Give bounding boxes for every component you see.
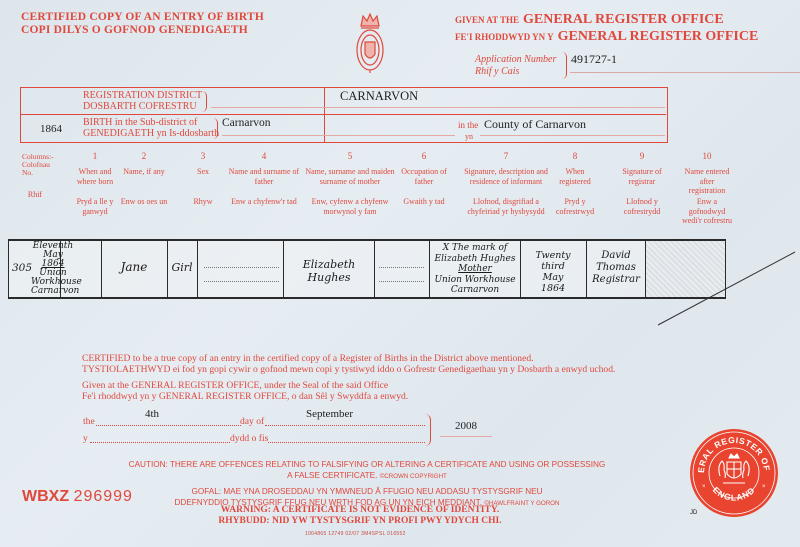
application-label-en: Application Number [475,54,556,66]
entry-informant-mark: X The mark of [429,243,521,254]
cancellation-stroke [640,250,800,330]
column-header-en-2: Name, if any [114,167,174,177]
column-header-cy-10: Enw a gofnodwyd wedi'r cofrestru [681,197,733,226]
county-label-cy: yn [465,131,473,142]
entry-sex: Girl [167,262,197,273]
column-lead-label-cy: Rhif [20,190,50,200]
certified-month: September [306,408,353,420]
entry-registered-year: 1864 [520,283,586,294]
y-label: y [83,433,88,444]
caution-en-line-1: CAUTION: THERE ARE OFFENCES RELATING TO … [112,459,622,470]
entry-registered-day-1: Twenty [520,250,586,261]
registration-label-cy: DOSBARTH COFRESTRU [83,101,202,112]
entry-mother-surname: Hughes [286,271,372,284]
dydd-label: dydd o fis [230,433,268,444]
column-number-10: 10 [681,152,733,162]
entry-informant-residence-1: Union Workhouse [429,275,521,286]
column-number-8: 8 [550,152,600,162]
column-header-en-8: When registered [550,167,600,186]
entry-when-where-born: Eleventh May 1864 Union Workhouse Carnar… [31,242,75,296]
warning-cy: RHYBUDD: NID YW TYSTYSGRIF YN PROFI PWY … [150,516,570,527]
column-header-cy-4: Enw a chyfenw'r tad [224,197,304,207]
day-line [96,425,241,426]
column-number-4: 4 [224,152,304,162]
registration-district-label: REGISTRATION DISTRICT DOSBARTH COFRESTRU [83,90,202,112]
column-header-en-5: Name, surname and maiden surname of moth… [305,167,395,186]
given-at-prefix-en: GIVEN AT THE [455,15,519,25]
entry-informant-name: Elizabeth Hughes [429,254,521,265]
registration-label-en: REGISTRATION DISTRICT [83,90,202,101]
column-number-2: 2 [114,152,174,162]
certified-day: 4th [145,408,159,420]
subdistrict-label: BIRTH in the Sub-district of GENEDIGAETH… [83,117,219,139]
title-english: CERTIFIED COPY OF AN ENTRY OF BIRTH [21,11,264,24]
office-name-en: GENERAL REGISTER OFFICE [523,12,724,27]
office-name-cy: GENERAL REGISTER OFFICE [558,29,759,44]
certificate-title: CERTIFIED COPY OF AN ENTRY OF BIRTH COPI… [21,11,264,37]
entry-informant-description: Mother [429,264,521,275]
column-header-cy-1: Pryd a lle y ganwyd [70,197,120,216]
issuing-office: GIVEN AT THE GENERAL REGISTER OFFICE FE'… [455,11,758,45]
caution-en-line-2: A FALSE CERTIFICATE. [287,471,377,480]
certified-line-en: CERTIFIED to be a true copy of an entry … [82,353,615,364]
serial-number: 296999 [74,488,133,505]
entry-when-registered: Twenty third May 1864 [520,250,586,294]
column-header-en-1: When and where born [70,167,120,186]
column-header-cy-7: Llofnod, disgrifiad a chyfeiriad yr hysb… [458,197,554,216]
svg-text:×: × [762,484,766,490]
month-line-cy [268,442,425,443]
svg-text:×: × [702,484,706,490]
gro-seal: GENERAL REGISTER OFFICE ENGLAND × × [689,428,779,518]
entry-registrar-first: David [586,250,646,262]
given-at-prefix-cy: FE'I RHODDWYD YN Y [455,32,554,42]
day-of-label: day of [240,416,264,427]
subdistrict-label-en: BIRTH in the Sub-district of [83,117,219,128]
column-lead-label: Columns:-ColofnauNo. [22,153,62,177]
entry-name: Jane [104,262,164,273]
divider [480,135,665,136]
serial-prefix: WBXZ [22,488,69,505]
certification-statement: CERTIFIED to be a true copy of an entry … [82,353,615,402]
divider [222,135,455,136]
crown-copyright: ©CROWN COPYRIGHT [380,473,447,480]
column-header-en-7: Signature, description and residence of … [458,167,554,186]
day-line-cy [90,442,230,443]
the-label: the [83,416,95,427]
year-line [440,436,492,437]
register-entry: 305 Eleventh May 1864 Union Workhouse Ca… [8,239,726,299]
subdistrict-value: Carnarvon [222,117,271,129]
column-header-cy-6: Gwaith y tad [399,197,449,207]
column-number-1: 1 [70,152,120,162]
column-header-en-6: Occupation of father [399,167,449,186]
warning-en: WARNING: A CERTIFICATE IS NOT EVIDENCE O… [150,505,570,516]
column-number-6: 6 [399,152,449,162]
application-number-value: 491727-1 [570,52,800,73]
entry-informant-residence-2: Carnarvon [429,285,521,296]
column-header-cy-2: Enw os oes un [114,197,174,207]
entry-mother: Elizabeth Hughes [286,258,372,284]
given-line-cy: Fe'i rhoddwyd yn y GENERAL REGISTER OFFI… [82,391,615,402]
column-header-cy-5: Enw, cyfenw a chyfenw morwynol y fam [305,197,395,216]
entry-number: 305 [11,263,33,274]
brace [424,414,431,446]
registration-district-value: CARNARVON [340,89,418,104]
royal-crest-icon [355,12,385,74]
entry-registrar-surname: Thomas [586,262,646,274]
seal-emblem-icon: GENERAL REGISTER OFFICE ENGLAND × × [689,428,779,518]
divider [21,114,666,115]
entry-born-place-3: Carnarvon [31,287,75,296]
entry-registrar: David Thomas Registrar [586,250,646,286]
brace [213,118,218,139]
caution-notice: CAUTION: THERE ARE OFFENCES RELATING TO … [112,459,622,509]
month-line [265,425,425,426]
column-number-3: 3 [188,152,218,162]
column-header-cy-8: Pryd y cofrestrwyd [550,197,600,216]
subdistrict-label-cy: GENEDIGAETH yn Is-ddosbarth [83,128,219,139]
print-code: 1004865 12749 02/07 3M4SPSL 016552 [305,531,406,537]
certificate-serial: WBXZ 296999 [22,488,133,506]
officer-initials: JD [690,510,697,516]
certified-year: 2008 [455,420,477,432]
column-header-en-4: Name and surname of father [224,167,304,186]
entry-informant: X The mark of Elizabeth Hughes Mother Un… [429,243,521,296]
entry-registrar-title: Registrar [586,274,646,286]
entry-mother-first: Elizabeth [286,258,372,271]
column-number-9: 9 [617,152,667,162]
column-number-7: 7 [458,152,554,162]
divider [211,107,665,108]
entry-registered-day-2: third [520,261,586,272]
application-number-label: Application Number Rhif y Cais [475,54,556,78]
county-value: County of Carnarvon [484,117,586,132]
column-header-cy-9: Llofnod y cofrestrydd [617,197,667,216]
column-header-cy-3: Rhyw [188,197,218,207]
column-header-en-3: Sex [188,167,218,177]
column-header-en-9: Signature of registrar [617,167,667,186]
identity-warning: WARNING: A CERTIFICATE IS NOT EVIDENCE O… [150,505,570,527]
entry-registered-month: May [520,272,586,283]
title-welsh: COPI DILYS O GOFNOD GENEDIGAETH [21,24,264,37]
birth-year: 1864 [40,123,62,135]
county-label-en: in the [458,120,478,131]
brace [202,91,207,112]
given-line-en: Given at the GENERAL REGISTER OFFICE, un… [82,380,615,391]
column-header-en-10: Name entered after registration [681,167,733,196]
application-label-cy: Rhif y Cais [475,66,556,78]
column-number-5: 5 [305,152,395,162]
brace [562,52,567,79]
caution-cy-line-1: GOFAL: MAE YNA DROSEDDAU YN YMWNEUD Â FF… [112,486,622,497]
certified-line-cy: TYSTIOLAETHWYD ei fod yn gopi cywir o go… [82,364,615,375]
